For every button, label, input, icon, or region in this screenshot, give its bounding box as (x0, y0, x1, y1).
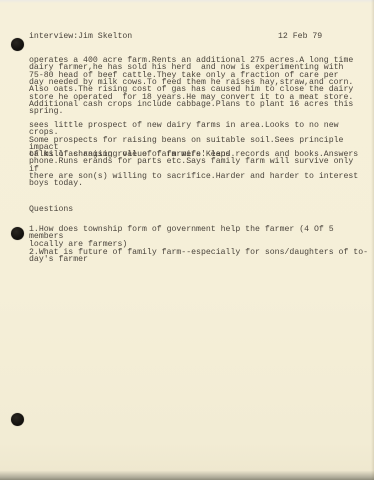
questions-heading: Questions (29, 206, 73, 213)
question-item-2: 2.What is future of family farm--especia… (29, 249, 369, 264)
interview-date: 12 Feb 79 (278, 33, 322, 40)
interview-title: interview:Jim Skelton (29, 33, 132, 40)
punch-hole-middle-icon (11, 227, 24, 240)
note-paragraph-farm-wife: talks of changing role of farm wife.Keep… (29, 151, 364, 188)
question-item-1: 1.How does township form of government h… (29, 226, 369, 248)
punch-hole-bottom-icon (11, 413, 24, 426)
scanned-document-page: interview:Jim Skelton 12 Feb 79 operates… (0, 0, 374, 480)
note-paragraph-farm-operations: operates a 400 acre farm.Rents an additi… (29, 57, 364, 116)
punch-hole-top-icon (11, 38, 24, 51)
